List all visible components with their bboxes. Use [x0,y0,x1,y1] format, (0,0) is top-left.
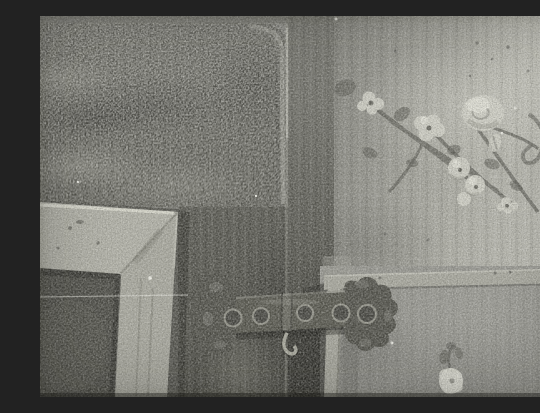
photo-detail-overlay [40,16,540,397]
print-bottom-edge [40,393,540,397]
weathered-panel-speckle [40,23,288,207]
photo-print-door-with-hinge [40,16,540,397]
